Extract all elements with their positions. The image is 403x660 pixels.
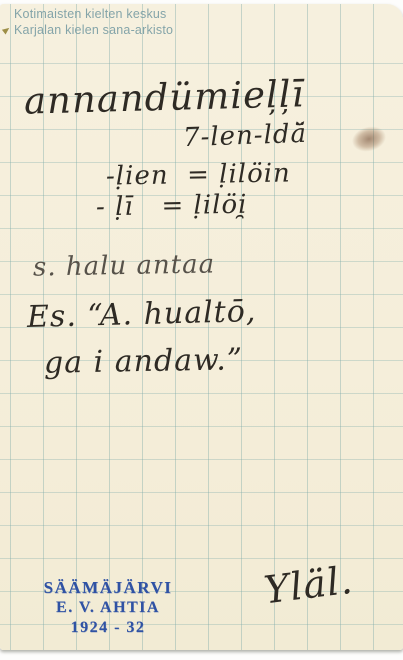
stamp-collector-name: E. V. AHTIA [26, 598, 190, 618]
example-sentence-line-2: ga i andaw.” [44, 342, 244, 380]
inflection-line-3: - ḷī = ḷilöi̯ [96, 190, 248, 223]
inflection-line-2: -ḷien = ḷilöin [106, 158, 291, 191]
dictionary-card-scan: Kotimaisten kielten keskus Karjalan kiel… [0, 0, 403, 660]
headword-handwriting: annandümieļļī [23, 72, 304, 122]
watermark-line-archive: Karjalan kielen sana-arkisto [14, 22, 173, 38]
example-sentence-line-1: Es. “A. hualtō, [27, 294, 257, 335]
archive-watermark: Kotimaisten kielten keskus Karjalan kiel… [14, 6, 173, 38]
inflection-line-1: 7-len-ldä̆ [183, 119, 308, 153]
archive-stamp: SÄÄMÄJÄRVI E. V. AHTIA 1924 - 32 [26, 577, 190, 638]
stamp-place-name: SÄÄMÄJÄRVI [26, 577, 190, 598]
watermark-line-institute: Kotimaisten kielten keskus [14, 6, 173, 22]
meaning-note-handwriting: s. halu antaa [33, 249, 216, 282]
stamp-year-range: 1924 - 32 [26, 618, 190, 638]
